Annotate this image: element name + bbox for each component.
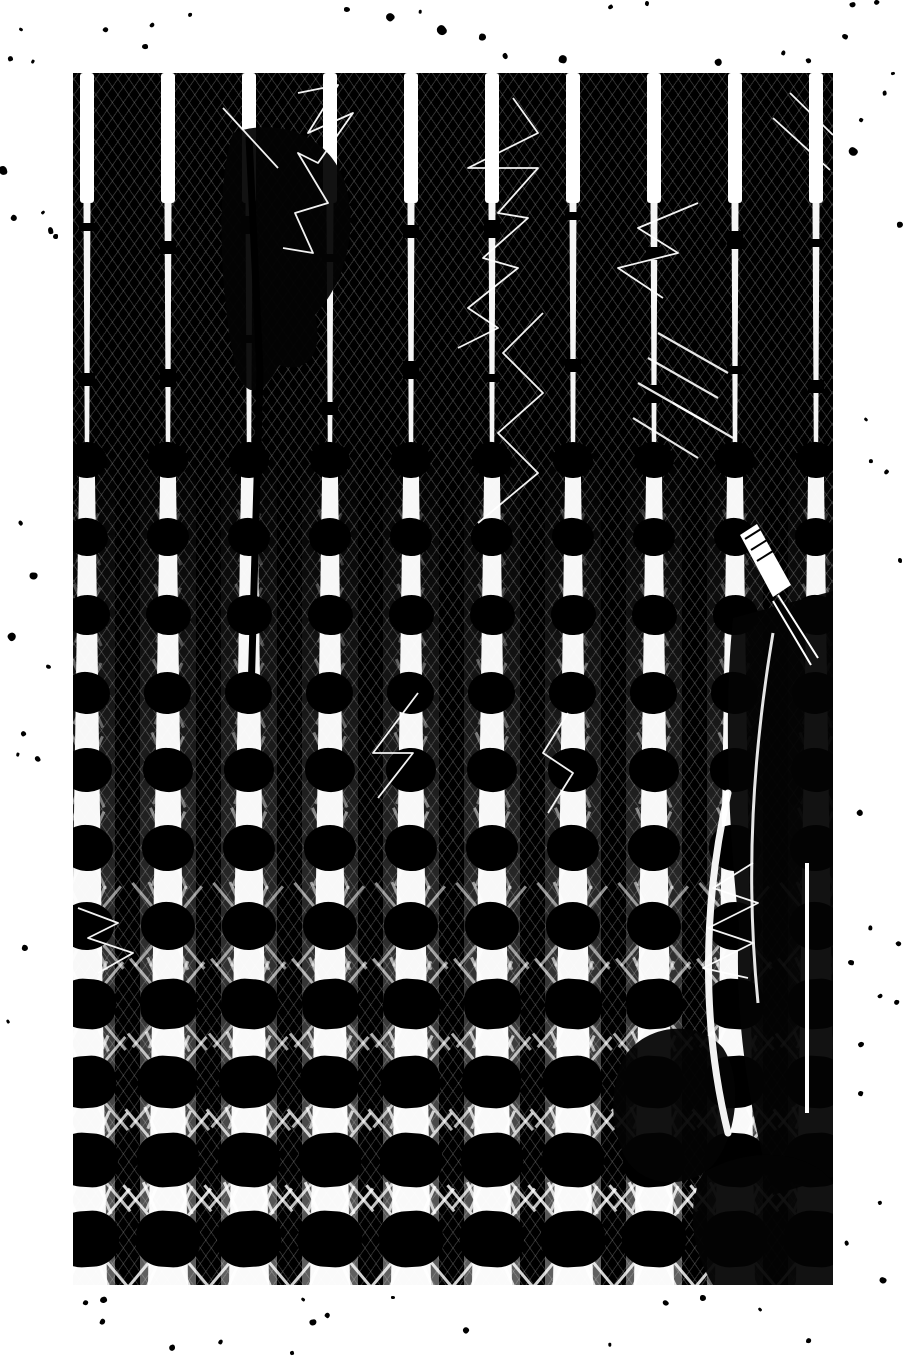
stake-notch <box>160 369 176 387</box>
ink-splatter-dot <box>873 0 880 5</box>
stake-notch <box>565 359 581 372</box>
ink-splatter-dot <box>21 944 28 951</box>
ink-splatter-dot <box>41 210 46 215</box>
ink-splatter-dot <box>868 925 872 930</box>
ink-splatter-dot <box>857 1041 864 1048</box>
vine-node-blob <box>624 977 684 1031</box>
stake-notch <box>241 335 257 343</box>
ink-splatter-dot <box>869 459 873 463</box>
ink-splatter-dot <box>558 54 568 64</box>
stake-notch <box>79 223 95 231</box>
vine-node-blob <box>543 977 603 1031</box>
ink-splatter-dot <box>47 226 53 234</box>
ink-splatter-dot <box>217 1338 223 1344</box>
ink-splatter-dot <box>99 1295 108 1303</box>
stake-notch <box>727 366 743 374</box>
stake-notch <box>646 247 662 260</box>
ink-splatter-dot <box>98 1318 105 1325</box>
stake-stripe-top <box>82 73 92 451</box>
ink-splatter-dot <box>52 233 57 238</box>
stake-stripe-top <box>163 73 173 451</box>
vine-node-blob <box>540 1131 605 1189</box>
stake-stripe-top <box>406 73 416 451</box>
ink-splatter-dot <box>780 49 785 55</box>
ink-splatter-dot <box>31 59 36 64</box>
stake-stripe-top <box>811 73 821 451</box>
ink-print-artwork <box>0 0 906 1359</box>
vine-node-blob <box>299 1054 362 1110</box>
ink-splatter-dot <box>45 664 51 669</box>
stake-notch <box>79 373 95 386</box>
vine-node-blob <box>621 1131 686 1189</box>
vine-node-blob <box>459 1131 524 1189</box>
vine-node-blob <box>216 1131 281 1189</box>
stake-notch <box>241 216 257 234</box>
vine-node-blob <box>296 1209 364 1269</box>
ink-splatter-dot <box>856 809 864 817</box>
stake-notch <box>322 402 338 415</box>
ink-splatter-dot <box>805 57 812 64</box>
stake-notch <box>484 374 500 382</box>
ink-splatter-dot <box>10 214 18 222</box>
vine-node-blob <box>297 1131 362 1189</box>
ink-splatter-dot <box>142 44 148 50</box>
vine-node-blob <box>462 977 522 1031</box>
ink-splatter-dot <box>897 222 904 228</box>
stake-notch <box>322 254 338 262</box>
ink-splatter-dot <box>877 993 883 999</box>
vine-node-blob <box>701 1209 769 1269</box>
ink-splatter-dot <box>101 26 108 33</box>
ink-splatter-dot <box>644 1 649 7</box>
ink-splatter-dot <box>324 1311 331 1318</box>
ink-splatter-dot <box>188 13 192 17</box>
vine-node-blob <box>215 1209 283 1269</box>
ink-splatter-dot <box>607 4 613 10</box>
ink-splatter-dot <box>309 1319 317 1326</box>
vine-node-blob <box>623 1054 686 1110</box>
stake-stripe-top <box>487 73 497 451</box>
stake-notch <box>403 361 419 379</box>
ink-splatter-dot <box>462 1326 471 1335</box>
vine-node-blob <box>705 977 765 1031</box>
stake-stripe-top <box>244 73 254 451</box>
stake-notch <box>727 231 743 249</box>
ink-splatter-dot <box>29 572 38 580</box>
stake-columns-layer <box>73 73 833 1285</box>
ink-splatter-dot <box>758 1307 763 1312</box>
vine-node-blob <box>377 1209 445 1269</box>
ink-splatter-dot <box>6 1019 10 1024</box>
ink-splatter-dot <box>700 1295 706 1301</box>
ink-splatter-dot <box>879 1276 888 1284</box>
ink-splatter-dot <box>881 90 886 96</box>
stake-notch <box>565 212 581 220</box>
ink-splatter-dot <box>478 33 486 41</box>
stake-notch <box>808 239 824 247</box>
stake-stripe-top <box>568 73 578 451</box>
ink-splatter-dot <box>877 1200 882 1205</box>
ink-splatter-dot <box>16 752 20 757</box>
stake-notch <box>160 241 176 254</box>
stake-notch <box>808 380 824 393</box>
ink-splatter-dot <box>713 57 722 66</box>
ink-splatter-dot <box>82 1299 89 1306</box>
ink-splatter-dot <box>344 7 350 12</box>
ink-splatter-dot <box>661 1299 669 1307</box>
vine-node-blob <box>539 1209 607 1269</box>
vine-node-blob <box>620 1209 688 1269</box>
ink-splatter-dot <box>841 33 849 40</box>
vine-node-blob <box>300 977 360 1031</box>
ink-splatter-dot <box>300 1297 305 1302</box>
ink-splatter-dot <box>893 999 899 1005</box>
vine-node-blob <box>219 977 279 1031</box>
ink-splatter-dot <box>168 1344 175 1351</box>
ink-splatter-dot <box>391 1296 395 1299</box>
ink-splatter-dot <box>33 755 40 762</box>
ink-splatter-dot <box>847 146 859 158</box>
ink-splatter-dot <box>418 10 422 14</box>
ink-splatter-dot <box>898 558 902 563</box>
ink-splatter-dot <box>857 1090 863 1096</box>
ink-splatter-dot <box>7 631 18 642</box>
stake-notch <box>646 385 662 403</box>
vine-node-blob <box>135 1131 200 1189</box>
ink-splatter-dot <box>384 11 396 23</box>
ink-splatter-dot <box>0 165 8 176</box>
ink-splatter-dot <box>891 72 896 76</box>
ink-splatter-dot <box>864 417 869 422</box>
print-panel <box>73 73 833 1285</box>
ink-splatter-dot <box>858 117 864 123</box>
vine-node-blob <box>461 1054 524 1110</box>
ink-splatter-dot <box>17 519 23 526</box>
stake-stripe-top <box>730 73 740 451</box>
stake-stripe-top <box>325 73 335 451</box>
stake-notch <box>403 225 419 238</box>
vine-node-blob <box>378 1131 443 1189</box>
ink-splatter-dot <box>434 23 448 37</box>
ink-splatter-dot <box>805 1337 811 1343</box>
vine-node-blob <box>137 1054 200 1110</box>
ink-splatter-dot <box>883 468 890 475</box>
ink-splatter-dot <box>501 53 508 60</box>
ink-splatter-dot <box>608 1343 611 1347</box>
ink-splatter-dot <box>19 730 26 737</box>
vine-node-blob <box>458 1209 526 1269</box>
vine-node-blob <box>381 977 441 1031</box>
ink-splatter-dot <box>848 960 855 966</box>
ink-splatter-dot <box>894 940 901 947</box>
ink-splatter-dot <box>848 1 855 8</box>
vine-node-blob <box>702 1131 767 1189</box>
ink-splatter-dot <box>7 55 14 61</box>
vine-node-blob <box>134 1209 202 1269</box>
ink-splatter-dot <box>149 22 155 28</box>
ink-splatter-dot <box>843 1239 849 1245</box>
vine-node-blob <box>138 977 198 1031</box>
stake-notch <box>484 220 500 238</box>
ink-splatter-dot <box>290 1351 295 1356</box>
ink-splatter-dot <box>19 27 24 31</box>
